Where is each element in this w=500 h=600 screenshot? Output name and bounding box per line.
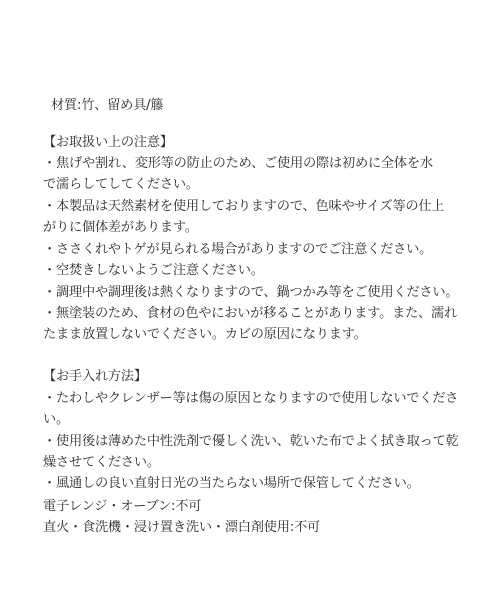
handling-line: ・空焚きしないようご注意ください。 [43, 262, 264, 280]
handling-line: たまま放置しないでください。カビの原因になります。 [43, 326, 367, 344]
care-line: ・風通しの良い直射日光の当たらない場所で保管してください。 [43, 475, 420, 493]
handling-line: ・本製品は天然素材を使用しておりますので、色味やサイズ等の仕上 [43, 198, 444, 216]
restriction-fire-dishwasher: 直火・食洗機・浸け置き洗い・漂白剤使用:不可 [43, 519, 320, 537]
restriction-microwave-oven: 電子レンジ・オーブン:不可 [43, 498, 201, 516]
handling-heading: 【お取扱い上の注意】 [43, 134, 173, 152]
material-text: 材質:竹、留め具/籐 [51, 97, 163, 115]
handling-line: がりに個体差があります。 [43, 219, 198, 237]
handling-line: ・ささくれやトゲが見られる場合がありますのでご注意ください。 [43, 241, 432, 259]
care-heading: 【お手入れ方法】 [43, 368, 147, 386]
handling-line: ・無塗装のため、食材の色やにおいが移ることがあります。また、濡れ [43, 305, 457, 323]
handling-line: で濡らしてしてください。 [43, 176, 199, 194]
care-line: 燥させてください。 [43, 454, 160, 472]
care-line: ・たわしやクレンザー等は傷の原因となりますので使用しないでくださ [43, 390, 458, 408]
care-line: ・使用後は薄めた中性洗剤で優しく洗い、乾いた布でよく拭き取って乾 [43, 433, 459, 451]
handling-line: ・調理中や調理後は熱くなりますので、鍋つかみ等をご使用ください。 [43, 284, 458, 302]
handling-line: ・焦げや割れ、変形等の防止のため、ご使用の際は初めに全体を水 [43, 155, 433, 173]
care-line: い。 [43, 411, 69, 429]
